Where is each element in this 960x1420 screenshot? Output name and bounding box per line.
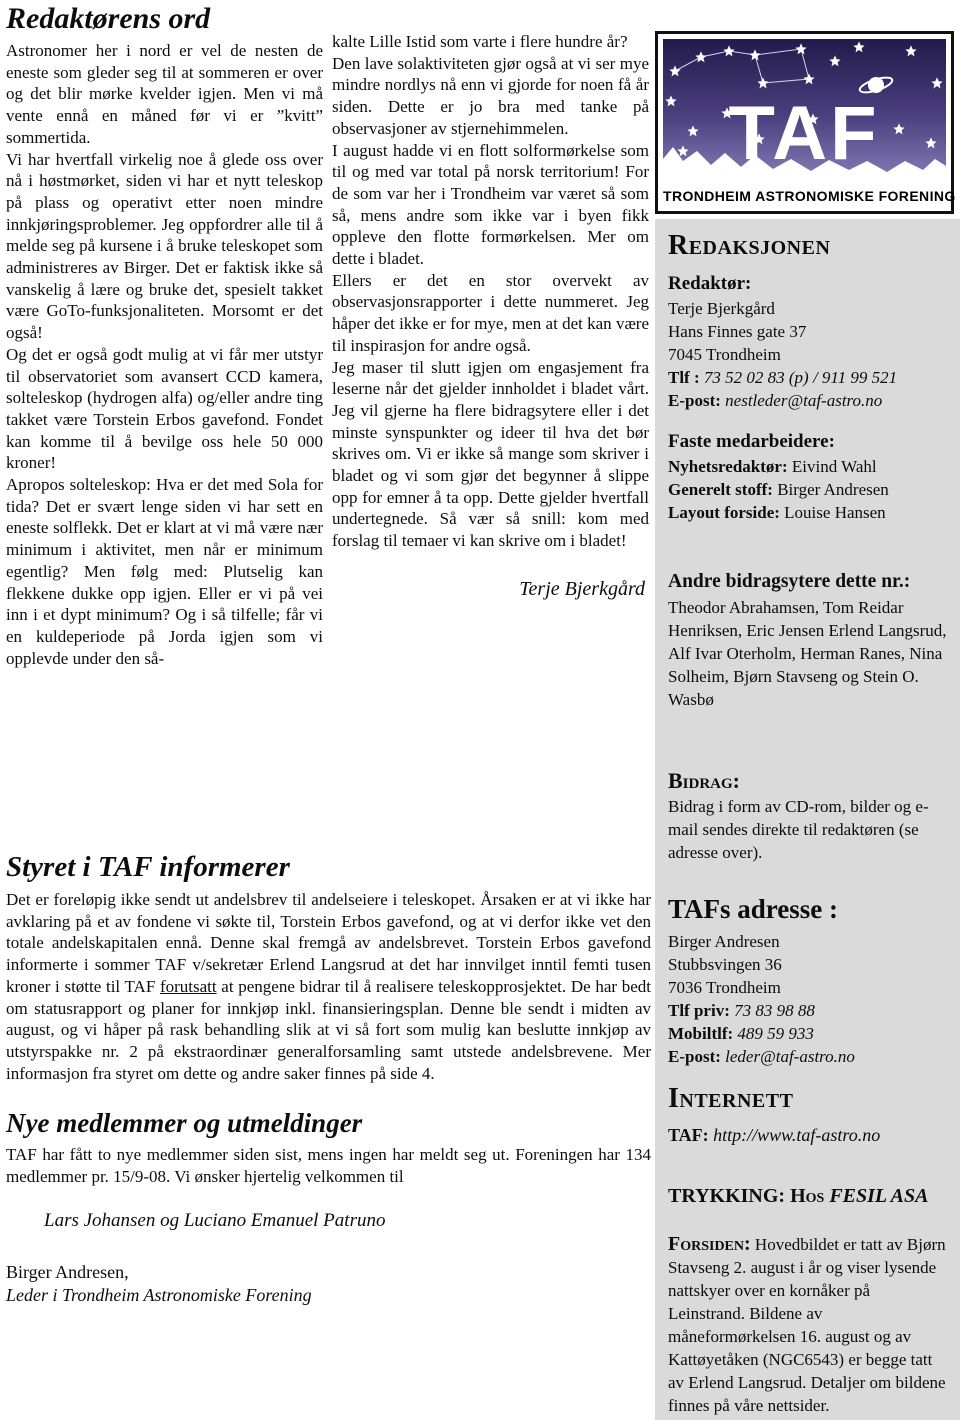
taf-website: TAF: http://www.taf-astro.no: [668, 1124, 950, 1147]
taf-logo: TAF TRONDHEIM ASTRONOMISKE FORENING: [655, 31, 954, 214]
sidebar-panel: Redaksjonen Redaktør: Terje Bjerkgård Ha…: [655, 219, 960, 1420]
taf-address-line: Birger Andresen: [668, 930, 950, 953]
website-url: http://www.taf-astro.no: [713, 1125, 880, 1145]
taf-address-line: Stubbsvingen 36: [668, 953, 950, 976]
styret-underlined-word: forutsatt: [160, 977, 217, 996]
phone-priv-value: 73 83 98 88: [734, 1001, 815, 1020]
staff-entry: Generelt stoff: Birger Andresen: [668, 478, 950, 501]
internett-heading: Internett: [668, 1084, 950, 1114]
redaksjonen-heading: Redaksjonen: [668, 231, 950, 261]
members-title: Nye medlemmer og utmeldinger: [6, 1108, 651, 1139]
editor-paragraph: Den lave solaktiviteten gjør også at vi …: [332, 53, 649, 140]
taf-email-label: E-post:: [668, 1047, 721, 1066]
editor-paragraph: Jeg maser til slutt igjen om engasjement…: [332, 357, 649, 552]
staff-heading: Faste medarbeidere:: [668, 431, 950, 453]
styret-paragraph: Det er foreløpig ikke sendt ut andelsbre…: [6, 889, 651, 1084]
newsletter-page: { "editor": { "title": "Redaktørens ord"…: [0, 0, 960, 1420]
editor-signature: Terje Bjerkgård: [332, 578, 649, 601]
forsiden-label: Forsiden:: [668, 1233, 751, 1255]
taf-phone: Tlf priv: 73 83 98 88: [668, 999, 950, 1022]
trykking-line: TRYKKING: Hos FESIL ASA: [668, 1183, 950, 1209]
taf-email-value: leder@taf-astro.no: [725, 1047, 855, 1066]
editor-phone: Tlf : 73 52 02 83 (p) / 911 99 521: [668, 366, 950, 389]
trykking-company: FESIL ASA: [829, 1185, 928, 1207]
staff-value: Louise Hansen: [784, 503, 886, 522]
email-value: nestleder@taf-astro.no: [725, 391, 882, 410]
phone-label: Tlf :: [668, 368, 700, 387]
contributors-names: Theodor Abrahamsen, Tom Reidar Henriksen…: [668, 596, 950, 711]
taf-address-heading: TAFs adresse :: [668, 894, 950, 924]
editor-address-line: 7045 Trondheim: [668, 343, 950, 366]
phone-value: 73 52 02 83 (p) / 911 99 521: [704, 368, 897, 387]
bottom-section: Styret i TAF informerer Det er foreløpig…: [6, 850, 651, 1306]
forsiden-paragraph: Forsiden: Hovedbildet er tatt av Bjørn S…: [668, 1233, 950, 1417]
leader-signature-role: Leder i Trondheim Astronomiske Forening: [6, 1285, 651, 1306]
trykking-mid: Hos: [790, 1185, 824, 1207]
new-members-names: Lars Johansen og Luciano Emanuel Patruno: [6, 1210, 651, 1232]
contributors-heading: Andre bidragsytere dette nr.:: [668, 570, 950, 594]
editor-label: Redaktør:: [668, 273, 950, 295]
website-label: TAF:: [668, 1125, 709, 1145]
logo-org-name: TRONDHEIM ASTRONOMISKE FORENING: [663, 188, 946, 204]
mobile-value: 489 59 933: [737, 1024, 814, 1043]
email-label: E-post:: [668, 391, 721, 410]
taf-email: E-post: leder@taf-astro.no: [668, 1045, 950, 1068]
staff-label: Nyhetsredaktør:: [668, 457, 788, 476]
editor-paragraph: I august hadde vi en flott solformørkels…: [332, 140, 649, 270]
editor-paragraph: kalte Lille Istid som varte i flere hund…: [332, 31, 649, 53]
trykking-label: TRYKKING:: [668, 1185, 785, 1207]
staff-label: Layout forside:: [668, 503, 780, 522]
members-paragraph: TAF har fått to nye medlemmer siden sist…: [6, 1144, 651, 1187]
editor-address-line: Hans Finnes gate 37: [668, 320, 950, 343]
staff-value: Birger Andresen: [777, 480, 889, 499]
editor-title: Redaktørens ord: [6, 2, 323, 35]
editor-paragraph: Astronomer her i nord er vel de nesten d…: [6, 40, 323, 149]
bidrag-heading: Bidrag:: [668, 769, 950, 793]
phone-priv-label: Tlf priv:: [668, 1001, 730, 1020]
editor-email: E-post: nestleder@taf-astro.no: [668, 389, 950, 412]
editor-paragraph: Vi har hvertfall virkelig noe å glede os…: [6, 149, 323, 344]
staff-value: Eivind Wahl: [792, 457, 877, 476]
editor-paragraph: Apropos solteleskop: Hva er det med Sola…: [6, 474, 323, 669]
editor-column: Redaktørens ord Astronomer her i nord er…: [6, 2, 323, 669]
editor-column-continued: kalte Lille Istid som varte i flere hund…: [332, 31, 649, 601]
taf-mobile: Mobiltlf: 489 59 933: [668, 1022, 950, 1045]
editor-address-line: Terje Bjerkgård: [668, 297, 950, 320]
bidrag-body: Bidrag i form av CD-rom, bilder og e-mai…: [668, 795, 950, 864]
mobile-label: Mobiltlf:: [668, 1024, 733, 1043]
logo-starfield: TAF: [663, 39, 946, 177]
forsiden-body: Hovedbildet er tatt av Bjørn Stavseng 2.…: [668, 1235, 946, 1415]
taf-address-line: 7036 Trondheim: [668, 976, 950, 999]
styret-title: Styret i TAF informerer: [6, 850, 651, 884]
staff-label: Generelt stoff:: [668, 480, 773, 499]
staff-entry: Layout forside: Louise Hansen: [668, 501, 950, 524]
editor-paragraph: Og det er også godt mulig at vi får mer …: [6, 344, 323, 474]
editor-paragraph: Ellers er det en stor overvekt av observ…: [332, 270, 649, 357]
staff-entry: Nyhetsredaktør: Eivind Wahl: [668, 455, 950, 478]
leader-signature-name: Birger Andresen,: [6, 1262, 651, 1283]
